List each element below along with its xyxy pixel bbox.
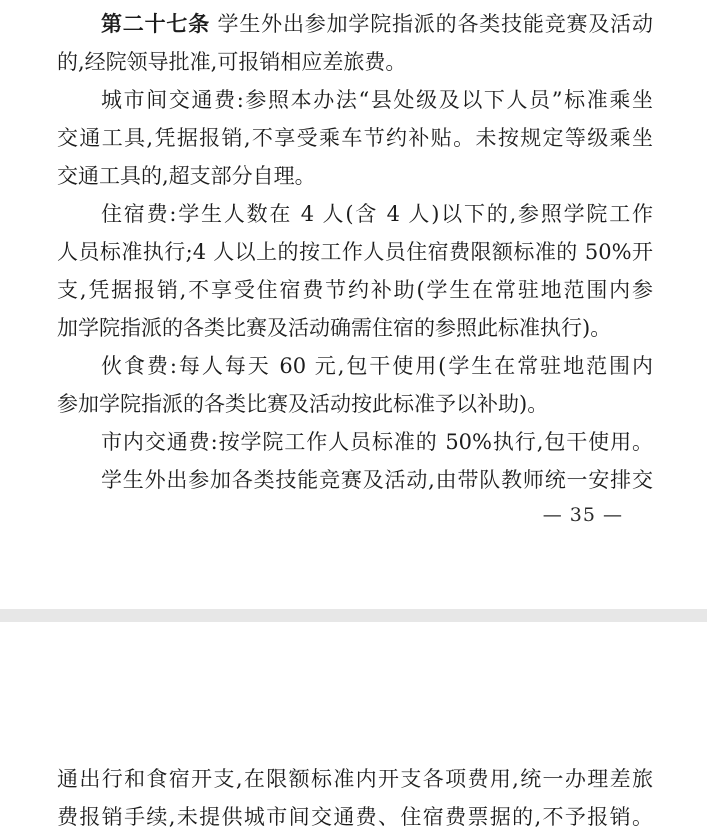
text-line: 市内交通费:按学院工作人员标准的 50%执行,包干使用。 — [57, 423, 653, 461]
page-separator — [0, 609, 707, 622]
article-number-bold: 第二十七条 — [101, 11, 210, 36]
text-line: 第二十七条 学生外出参加学院指派的各类技能竞赛及活动 — [57, 5, 653, 43]
text-line: 通出行和食宿开支,在限额标准内开支各项费用,统一办理差旅 — [57, 760, 653, 798]
document-viewer: 第二十七条 学生外出参加学院指派的各类技能竞赛及活动的,经院领导批准,可报销相应… — [0, 0, 707, 839]
text-line: 参加学院指派的各类比赛及活动按此标准予以补助)。 — [57, 385, 653, 423]
text-line: 费报销手续,未提供城市间交通费、住宿费票据的,不予报销。 — [57, 798, 653, 836]
text-line: 加学院指派的各类比赛及活动确需住宿的参照此标准执行)。 — [57, 309, 653, 347]
text-line: 交通工具的,超支部分自理。 — [57, 157, 653, 195]
page-number: — 35 — — [0, 501, 623, 529]
text-line: 交通工具,凭据报销,不享受乘车节约补贴。未按规定等级乘坐 — [57, 119, 653, 157]
text-line: 支,凭据报销,不享受住宿费节约补助(学生在常驻地范围内参 — [57, 271, 653, 309]
text-line: 住宿费:学生人数在 4 人(含 4 人)以下的,参照学院工作 — [57, 195, 653, 233]
text-line: 学生外出参加各类技能竞赛及活动,由带队教师统一安排交 — [57, 461, 653, 499]
text-line: 人员标准执行;4 人以上的按工作人员住宿费限额标准的 50%开 — [57, 233, 653, 271]
page-35-content: 第二十七条 学生外出参加学院指派的各类技能竞赛及活动的,经院领导批准,可报销相应… — [57, 5, 653, 499]
page-36-content: 通出行和食宿开支,在限额标准内开支各项费用,统一办理差旅费报销手续,未提供城市间… — [57, 760, 653, 836]
text-line: 的,经院领导批准,可报销相应差旅费。 — [57, 43, 653, 81]
text-line: 伙食费:每人每天 60 元,包干使用(学生在常驻地范围内 — [57, 347, 653, 385]
text-line: 城市间交通费:参照本办法“县处级及以下人员”标准乘坐 — [57, 81, 653, 119]
